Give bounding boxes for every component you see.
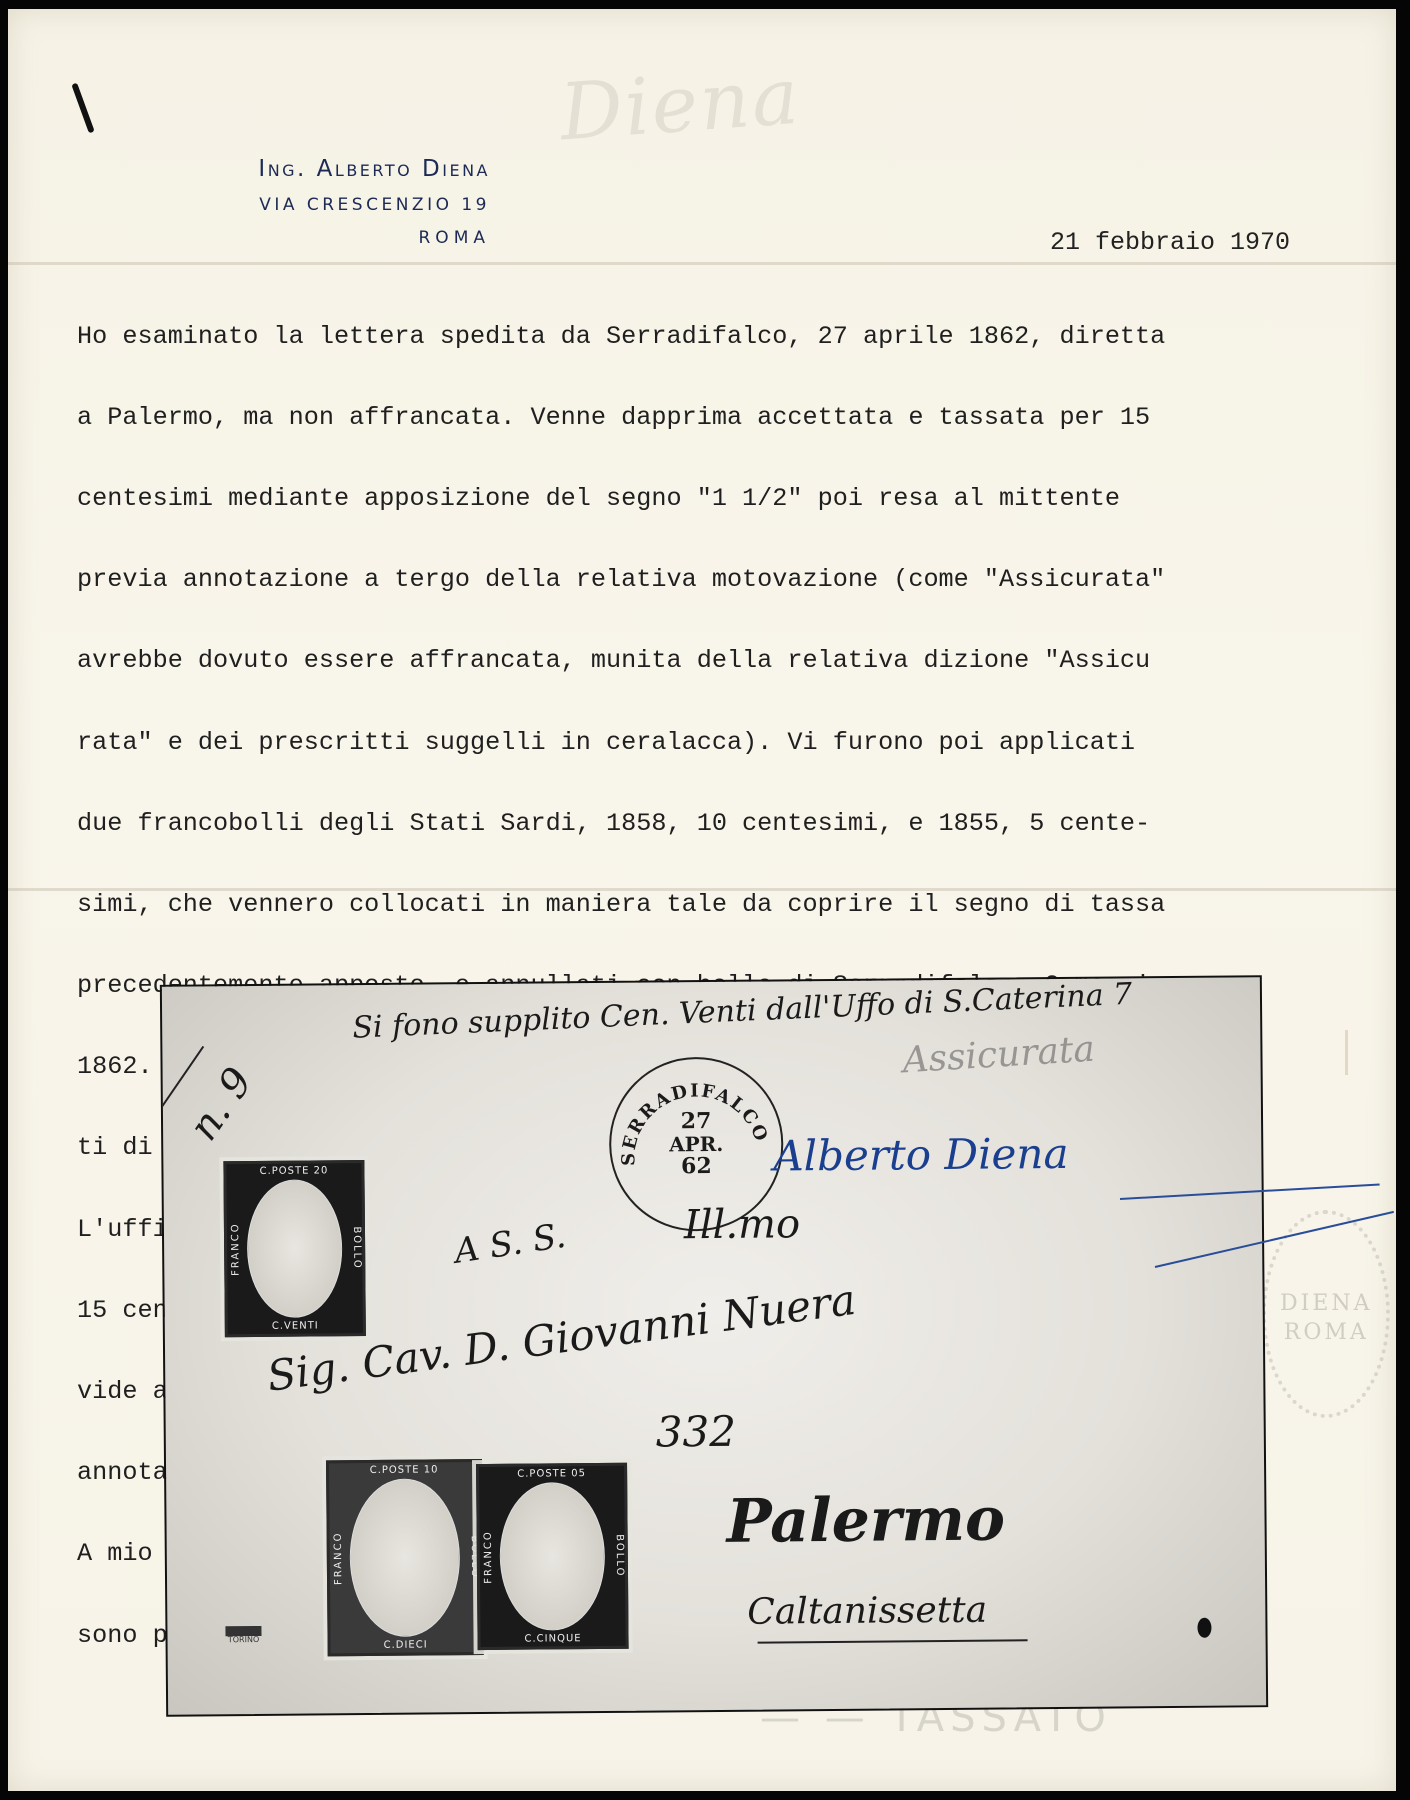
letterhead-address: VIA CRESCENZIO 19 <box>259 195 490 215</box>
stamp-portrait <box>499 1482 605 1631</box>
letterhead-name: Ing. Alberto Diena <box>258 156 490 182</box>
stamp-portrait <box>349 1478 460 1637</box>
number-note: n. 9 <box>181 1060 262 1149</box>
address-line: Ill.mo <box>684 1201 801 1248</box>
body-line: previa annotazione a tergo della relativ… <box>77 560 1211 601</box>
body-line: due francobolli degli Stati Sardi, 1858,… <box>77 804 1211 845</box>
handwriting-assicurata: Assicurata <box>901 1029 1096 1082</box>
stamp-10c: C.POSTE 10 FRANCO BOLLO C.DIECI <box>326 1459 484 1656</box>
body-line: rata" e dei prescritti suggelli in ceral… <box>77 723 1211 764</box>
postmark-month: APR. <box>669 1133 723 1154</box>
watermark-signature: Diena <box>557 52 803 159</box>
fold-line <box>8 262 1396 265</box>
sender-note: Caltanissetta <box>747 1590 987 1633</box>
body-line: simi, che vennero collocati in maniera t… <box>77 885 1211 926</box>
cover-photo: Si fono supplito Cen. Venti dall'Uffo di… <box>160 975 1268 1717</box>
body-line: centesimi mediante apposizione del segno… <box>77 479 1211 520</box>
body-line: a Palermo, ma non affrancata. Venne dapp… <box>77 398 1211 439</box>
stamp-20c: C.POSTE 20 FRANCO BOLLO C.VENTI <box>223 1160 366 1337</box>
postmark-day: 27 <box>681 1110 712 1133</box>
expert-signature: Alberto Diena <box>773 1129 1069 1181</box>
address-line: A S. S. <box>452 1216 569 1272</box>
stamp-5c: C.POSTE 05 FRANCO BOLLO C.CINQUE <box>476 1463 629 1650</box>
torino-mark: TORINO <box>225 1626 261 1645</box>
body-line: Ho esaminato la lettera spedita da Serra… <box>77 317 1211 358</box>
address-line: Palermo <box>726 1484 1005 1556</box>
body-line: avrebbe dovuto essere affrancata, munita… <box>77 641 1211 682</box>
emboss-seal-text: DIENA ROMA <box>1280 1290 1373 1347</box>
postmark-year: 62 <box>681 1155 712 1178</box>
letterhead-city: ROMA <box>419 228 491 248</box>
certificate-date: 21 febbraio 1970 <box>1050 228 1290 257</box>
stamp-portrait <box>247 1179 343 1318</box>
paper-mark <box>1345 1030 1348 1075</box>
address-line: 332 <box>656 1407 737 1457</box>
ink-blot <box>1197 1618 1211 1638</box>
underline <box>758 1639 1028 1643</box>
